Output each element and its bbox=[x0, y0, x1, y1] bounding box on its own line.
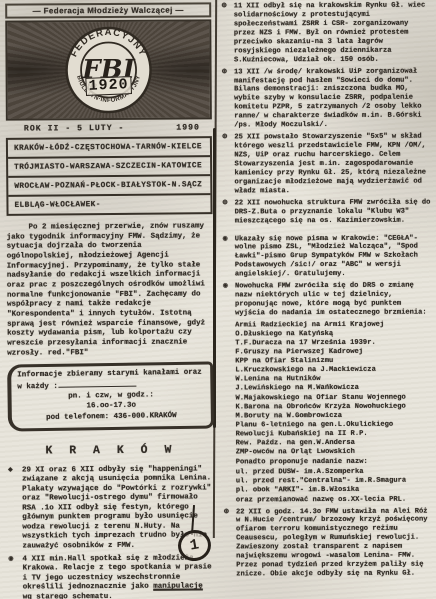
news-entry-text: 4 XII min.Hall spotkał się z młodzieżą K… bbox=[23, 554, 215, 599]
news-entry-text: 22 XII nowohucka struktura FMW zwróciła … bbox=[235, 198, 433, 226]
cities-box: KRAKÓW-ŁÓDŹ-CZĘSTOCHOWA-TARNÓW-KIELCETRÓ… bbox=[6, 136, 213, 216]
news-entry: ⊕ 22 XII nowohucka struktura FMW zwrócił… bbox=[223, 198, 433, 226]
page-number: 1 bbox=[189, 536, 201, 554]
seal-icon: FEDERACYJNY BIULETYN·INFORMACYJNY FBI NR bbox=[64, 26, 153, 115]
section-heading-krakow: K R A K Ó W bbox=[8, 443, 214, 457]
scanned-bulletin-page: — Federacja Młodzieży Walczącej — FEDERA… bbox=[0, 0, 436, 599]
news-entry-text: Ukazały się nowe pisma w Krakowie: "CEGŁ… bbox=[235, 234, 433, 280]
street-rename-list: Armii Radzieckiej na Armii KrajowejO.Dłu… bbox=[235, 320, 434, 457]
news-entry: ◉ 4 XII min.Hall spotkał się z młodzieżą… bbox=[9, 554, 215, 599]
news-entry: ◉ Nowohucka FMW zwróciła się do DRS o zm… bbox=[223, 282, 433, 319]
intro-text: Po 2 miesięcznej przerwie, znów ruszamy … bbox=[7, 222, 206, 357]
volume-date-text: ROK II - 5 LUTY - bbox=[24, 124, 125, 134]
new-names-list: ul. przed DUSW- im.A.Szomperkaul. przed … bbox=[236, 468, 434, 496]
news-entry-text: 13 XII /w środę/ krakowski UiP zorganizo… bbox=[234, 67, 432, 130]
bullet-icon: ◉ bbox=[223, 283, 232, 319]
bullet-icon: ⊕ bbox=[222, 2, 231, 65]
intro-paragraph: Po 2 miesięcznej przerwie, znów ruszamy … bbox=[7, 222, 214, 359]
entry-text-underlined: manipulację bbox=[153, 583, 203, 591]
city-line: ELBLĄG-WŁOCŁAWEK- bbox=[8, 195, 210, 214]
news-entry-text: Nowohucka FMW zwróciła się do DRS o zmia… bbox=[235, 282, 433, 319]
news-entry: ⊕ 22 XII o godz. 14.3o FMW ustawiła na A… bbox=[224, 507, 434, 579]
issue-number-stamp: 1920 bbox=[85, 76, 132, 96]
street-rename-line: W.Majakowskiego na Ofiar Stanu Wojennego bbox=[235, 393, 433, 403]
ponadto-intro: Ponadto proponuje nadanie nazw: bbox=[236, 458, 434, 468]
new-name-line: pl. obok "ARKI"- im.B.Włosika bbox=[236, 486, 434, 496]
city-line: KRAKÓW-ŁÓDŹ-CZĘSTOCHOWA-TARNÓW-KIELCE bbox=[8, 138, 210, 159]
news-entry: ⊕ 13 XII /w środę/ krakowski UiP zorgani… bbox=[222, 67, 432, 130]
bullet-icon: ⊕ bbox=[222, 134, 231, 197]
organization-title: — Federacja Młodzieży Walczącej — bbox=[5, 2, 211, 18]
entry-text-post: wg starego schematu. bbox=[23, 593, 113, 599]
street-rename-line: K.Barona na Obrońców Krzyża Nowohuckiego bbox=[235, 402, 433, 412]
contact-line-4: pod telefonem: 436-000.KRAKÓW bbox=[18, 411, 205, 424]
news-entry: ⊕ 25 XII powstało Stowarzyszenie "5x5" w… bbox=[222, 133, 432, 196]
street-rename-line: ZMP-owców na Orląt Lwowskich bbox=[236, 448, 434, 458]
date-line: ROK II - 5 LUTY - 1990 bbox=[6, 123, 212, 133]
news-entry-text: 11 XII odbył się na krakowskim Rynku Gł.… bbox=[234, 2, 432, 65]
blank-underline bbox=[58, 379, 136, 388]
year-text: 1990 bbox=[176, 123, 200, 132]
news-entry-text: 25 XII powstało Stowarzyszenie "5x5" w s… bbox=[234, 133, 432, 196]
bullet-icon: ⊕ bbox=[224, 508, 233, 580]
city-line: WROCŁAW-POZNAŃ-PŁOCK-BIAŁYSTOK-N.SĄCZ bbox=[8, 176, 210, 197]
bullet-icon: ⊕ bbox=[222, 68, 231, 131]
bullet-icon: ◉ bbox=[9, 556, 19, 599]
left-column: — Federacja Młodzieży Walczącej — FEDERA… bbox=[5, 2, 215, 599]
bullet-icon: ◉ bbox=[223, 235, 232, 280]
bullet-icon: ⊕ bbox=[223, 199, 232, 226]
contact-info-box: Informacje zbieramy starymi kanałami ora… bbox=[7, 362, 214, 432]
new-name-line: ul. przed rest."Centralna"- im.R.Smagura bbox=[236, 477, 434, 487]
ponadto-outro: oraz przemianować nazwę os.XX-lecia PRL. bbox=[236, 496, 434, 506]
news-entry: ◉ Ukazały się nowe pisma w Krakowie: "CE… bbox=[223, 234, 433, 280]
right-column: ⊕ 11 XII odbył się na krakowskim Rynku G… bbox=[222, 2, 435, 583]
city-line: TRÓJMIASTO-WARSZAWA-SZCZECIN-KATOWICE bbox=[8, 157, 210, 178]
masthead-logo-box: FEDERACYJNY BIULETYN·INFORMACYJNY FBI NR… bbox=[5, 19, 212, 120]
news-entry-text: 22 XII o godz. 14.3o FMW ustawiła na Ale… bbox=[236, 507, 434, 579]
news-entry: ⊕ 11 XII odbył się na krakowskim Rynku G… bbox=[222, 2, 432, 65]
bullet-icon: ◆ bbox=[8, 467, 19, 552]
fbi-seal-logo: FEDERACYJNY BIULETYN·INFORMACYJNY FBI NR… bbox=[64, 26, 153, 115]
